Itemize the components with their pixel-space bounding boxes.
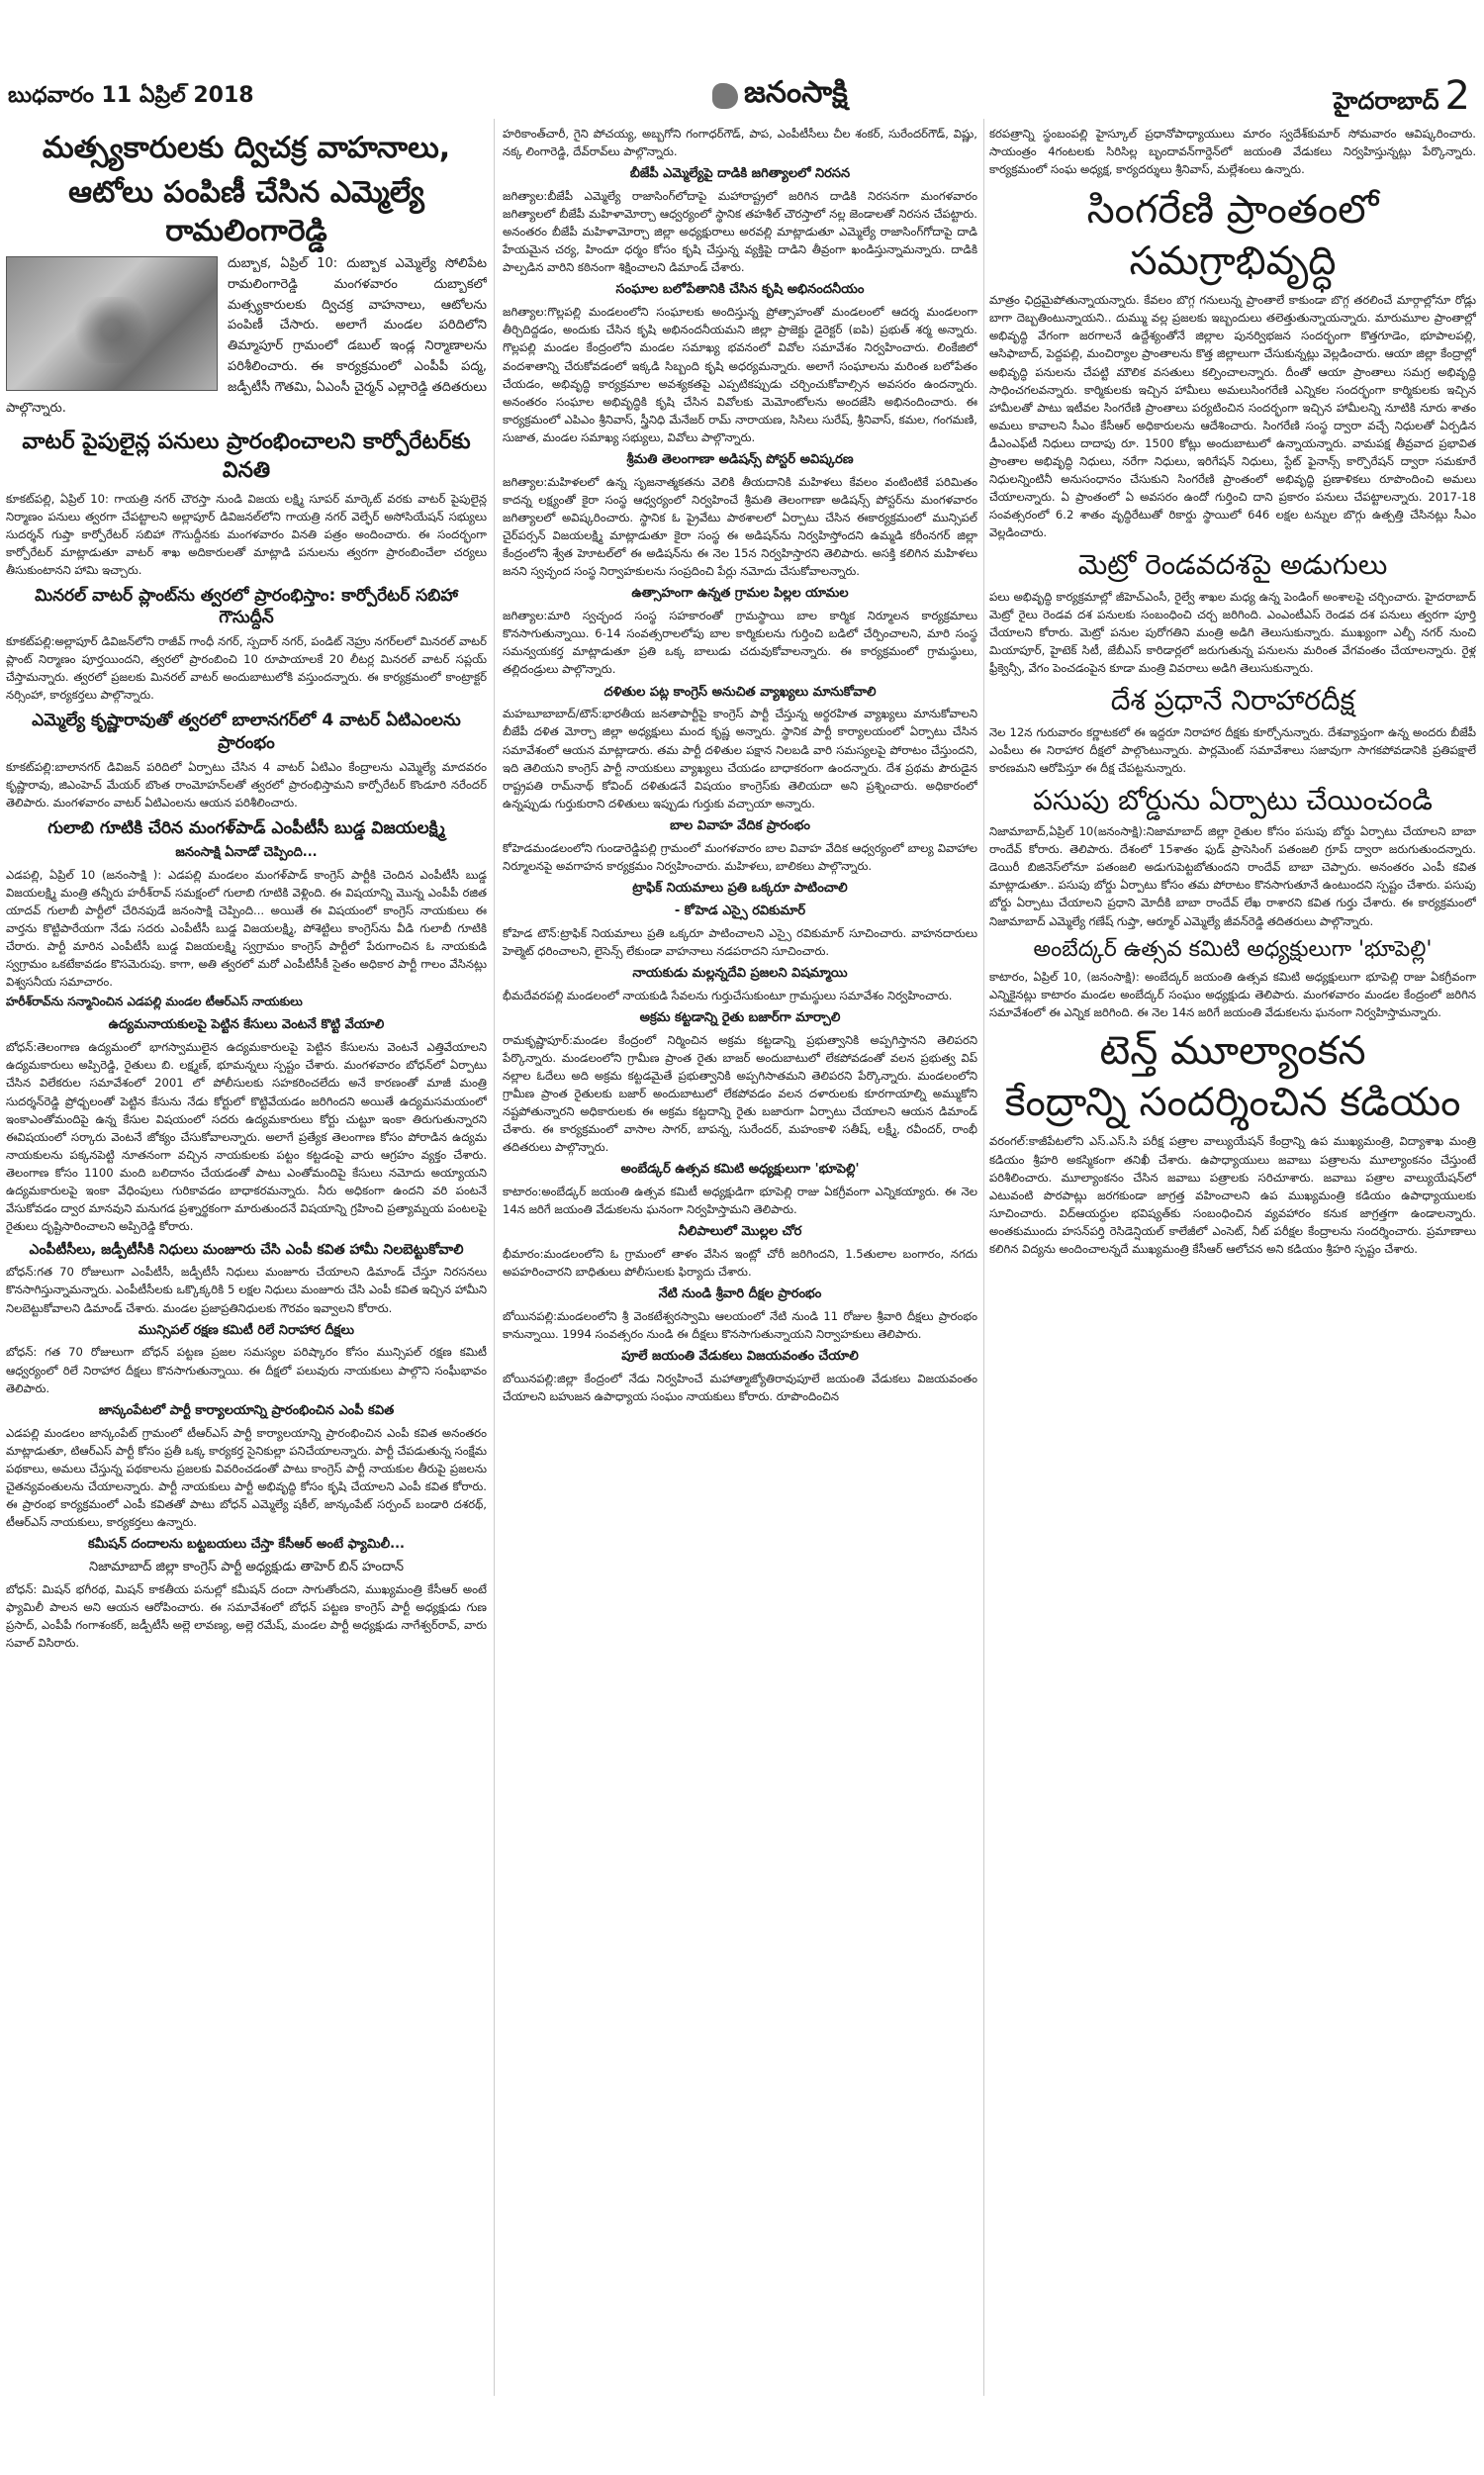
article-body: కాటారం:అంబేడ్కర్ జయంతి ఉత్సవ కమిటీ అధ్యక…: [503, 1183, 977, 1218]
article-body: కోహెడ టౌన్:ట్రాఫిక్ నియమాలు ప్రతి ఒక్కరూ…: [503, 924, 977, 960]
headline: కేంద్రాన్ని సందర్శించిన కడియం: [989, 1077, 1476, 1128]
article-body: రామకృష్ణాపూర్:మండల కేంద్రంలో నిర్మించిన …: [503, 1031, 977, 1157]
headline: సంఘాల బలోపేతానికి చేసిన కృషి అభినందనీయం: [503, 282, 977, 299]
headline: టెన్త్ మూల్యాంకన: [989, 1025, 1476, 1077]
headline: పూలే జయంతి వేడుకలు విజయవంతం చేయాలి: [503, 1349, 977, 1366]
headline: నాయకుడు మల్లన్నదేవి ప్రజలని విషమ్మాయి: [503, 966, 977, 983]
article-theft: నీలిపాలులో మొల్లల చోర భీమారం:మండలంలోని ఓ…: [503, 1224, 977, 1281]
article-hunger-strike: మున్సిపల్ రక్షణ కమిటీ రిలే నిరాహార దీక్ష…: [6, 1323, 487, 1397]
masthead: బుధవారం 11 ఏప్రిల్ 2018 జనంసాక్షి హైదరాబ…: [0, 69, 1484, 119]
article-bjp-protest: బీజేపీ ఎమ్మెల్యేపై దాడికి జగిత్యాలలో నిర…: [503, 166, 977, 276]
article-body: బోధన్: మిషన్ భగీరథ, మిషన్ కాకతీయ పనుల్లో…: [6, 1580, 487, 1652]
article-body: నిజామాబాద్,ఏప్రిల్ 10(జనంసాక్షి):నిజామాబ…: [989, 822, 1476, 929]
headline: బీజేపీ ఎమ్మెల్యేపై దాడికి జగిత్యాలలో నిర…: [503, 166, 977, 183]
article-srimathi-telangana: శ్రీమతి తెలంగాణా అడిషన్స్ పోస్టర్ అవిష్క…: [503, 452, 977, 580]
headline: పసుపు బోర్డును ఏర్పాటు చేయించండి: [989, 783, 1476, 818]
headline: సింగరేణి ప్రాంతంలో సమగ్రాభివృద్ధి: [989, 184, 1476, 287]
kicker: జనంసాక్షి ఏనాడో చెప్పింది...: [6, 845, 487, 862]
article-ambedkar-committee: అంబేడ్కర్ ఉత్సవ కమిటి అధ్యక్షులుగా 'భూపె…: [503, 1162, 977, 1218]
article-water-atm: ఎమ్మెల్యే కృష్ణారావుతో త్వరలో బాలానగర్‌ల…: [6, 710, 487, 810]
article-water-pipeline: వాటర్ పైపులైన్ల పనులు ప్రారంభించాలని కార…: [6, 428, 487, 579]
headline: ఉద్యమనాయకులపై పెట్టిన కేసులు వెంటనే కొట్…: [6, 1017, 487, 1034]
article-pm-fast: దేశ ప్రధానే నిరాహారదీక్ష నెల 12న గురువార…: [989, 683, 1476, 777]
article-body: బోయినపల్లి:మండలంలోని శ్రీ వెంకటేశ్వరస్వా…: [503, 1307, 977, 1343]
article-deeksha: నేటి నుండి శ్రీవారి దీక్షల ప్రారంభం బోయి…: [503, 1286, 977, 1343]
article-mptc-joins: గులాబి గూటికి చేరిన మంగళ్‌పాడ్ ఎంపీటీసీ …: [6, 817, 487, 1012]
headline: ఆటోలు పంపిణీ చేసిన ఎమ్మెల్యే రామలింగారెడ…: [6, 173, 487, 250]
headline: ఎంపీటీసీలు, జడ్పీటీసీకి నిధులు మంజూరు చే…: [6, 1241, 487, 1259]
column-divider: [494, 119, 495, 2396]
article-mineral-water: మినరల్ వాటర్ ప్లాంట్‌ను త్వరలో ప్రారంభిస…: [6, 585, 487, 705]
news-photo: [6, 256, 218, 391]
article-body: కాటారం, ఏప్రిల్ 10, (జనంసాక్షి): అంబేద్క…: [989, 968, 1476, 1021]
article-body: జగిత్యాల:మారి స్వచ్ఛంద సంస్థ సహకారంతో గ్…: [503, 607, 977, 678]
article-body: బోధన్:తెలంగాణ ఉద్యమంలో భాగస్వాములైన ఉద్య…: [6, 1038, 487, 1235]
article-party-office: జాన్కంపేటలో పార్టీ కార్యాలయాన్ని ప్రారంభ…: [6, 1403, 487, 1531]
column-1: మత్స్యకారులకు ద్విచక్ర వాహనాలు, ఆటోలు పం…: [6, 119, 487, 2396]
issue-date: బుధవారం 11 ఏప్రిల్ 2018: [8, 83, 254, 113]
headline: నీలిపాలులో మొల్లల చోర: [503, 1224, 977, 1241]
article-commission: కమీషన్ దందాలను బట్టబయలు చేస్తా కేసీఆర్ అ…: [6, 1537, 487, 1652]
headline: మినరల్ వాటర్ ప్లాంట్‌ను త్వరలో ప్రారంభిస…: [6, 585, 487, 628]
article-body: మహబూబాబాద్/టౌన్:భారతీయ జనతాపార్టీపై కాంగ…: [503, 705, 977, 811]
kicker: నిజామాబాద్ జిల్లా కాంగ్రెస్ పార్టీ అధ్యక…: [6, 1560, 487, 1576]
article-body: కూకట్‌పల్లి, ఏప్రిల్ 10: గాయత్రి నగర్ చౌ…: [6, 490, 487, 579]
headline: మత్స్యకారులకు ద్విచక్ర వాహనాలు,: [6, 129, 487, 167]
headline: ట్రాఫిక్ నియమాలు ప్రతి ఒక్కరూ పాటించాలి: [503, 881, 977, 898]
article-rythu-bazar: అక్రమ కట్టడాన్ని రైతు బజార్‌గా మార్చాలి …: [503, 1010, 977, 1156]
brand-name: జనంసాక్షి: [744, 75, 848, 117]
article-singareni: సింగరేణి ప్రాంతంలో సమగ్రాభివృద్ధి మాత్రం…: [989, 184, 1476, 541]
city-name: హైదరాబాద్: [1334, 87, 1439, 115]
article-body: బోయినపల్లి:జిల్లా కేంద్రంలో నేడు నిర్వహి…: [503, 1370, 977, 1405]
article-body: ఎడపల్లి మండలం జాన్కంపేట్ గ్రామంలో టీఆర్ఎ…: [6, 1424, 487, 1531]
article-turmeric-board: పసుపు బోర్డును ఏర్పాటు చేయించండి నిజామాబ…: [989, 783, 1476, 930]
headline: జాన్కంపేటలో పార్టీ కార్యాలయాన్ని ప్రారంభ…: [6, 1403, 487, 1420]
edition-city: హైదరాబాద్2: [1334, 73, 1470, 121]
article-body: మాత్రం ఛిద్రమైపోతున్నాయన్నారు. కేవలం బొగ…: [989, 291, 1476, 541]
article-mptc-funds: ఎంపీటీసీలు, జడ్పీటీసీకి నిధులు మంజూరు చే…: [6, 1241, 487, 1316]
article-ambedkar-bhupelli: అంబేద్కర్ ఉత్సవ కమిటి అధ్యక్షులుగా 'భూపె…: [989, 936, 1476, 1022]
subheading: హరీశ్‌రావ్‌ను సన్మానించిన ఎడపల్లి మండల ట…: [6, 995, 487, 1011]
article-body: నెల 12న గురువారం కర్ణాటకలో ఈ ఇద్దరూ నిరా…: [989, 723, 1476, 777]
kicker: - కోహెడ ఎస్సై రవికుమార్: [503, 904, 977, 920]
article-traffic: ట్రాఫిక్ నియమాలు ప్రతి ఒక్కరూ పాటించాలి …: [503, 881, 977, 960]
headline: వాటర్ పైపులైన్ల పనులు ప్రారంభించాలని కార…: [6, 428, 487, 485]
article-body: పలు అభివృద్ధి కార్యక్రమాల్లో జీహెచ్ఎంసీ,…: [989, 588, 1476, 677]
article-sanghas: సంఘాల బలోపేతానికి చేసిన కృషి అభినందనీయం …: [503, 282, 977, 446]
article-body: బోధన్:గత 70 రోజులుగా ఎంపీటీసీ, జడ్పీటీసీ…: [6, 1263, 487, 1316]
article-body: హరికాంత్‌చారీ, గైని పోచయ్య, అబ్బగోని గంగ…: [503, 125, 977, 160]
article-tenth-valuation: టెన్త్ మూల్యాంకన కేంద్రాన్ని సందర్శించిన…: [989, 1025, 1476, 1258]
article-leader: నాయకుడు మల్లన్నదేవి ప్రజలని విషమ్మాయి భీ…: [503, 966, 977, 1004]
headline: ఎమ్మెల్యే కృష్ణారావుతో త్వరలో బాలానగర్‌ల…: [6, 710, 487, 753]
article-body: జగిత్యాల:బీజేపీ ఎమ్మెల్యే రాజాసింగ్‌లోదా…: [503, 187, 977, 276]
headline: కమీషన్ దందాలను బట్టబయలు చేస్తా కేసీఆర్ అ…: [6, 1537, 487, 1554]
article-body: కోహెడమండలంలోని గుండారెడ్డిపల్లి గ్రామంలో…: [503, 839, 977, 875]
headline: గులాబి గూటికి చేరిన మంగళ్‌పాడ్ ఎంపీటీసీ …: [6, 817, 487, 839]
article-body: జగిత్యాల:మహిళలలో ఉన్న సృజనాత్మకతను వెలిక…: [503, 473, 977, 580]
article-body: భీమదేవరపల్లి మండలంలో నాయకుడి సేవలను గుర్…: [503, 987, 977, 1004]
column-divider: [983, 119, 984, 2396]
page-number: 2: [1445, 73, 1470, 119]
telangana-map-logo-icon: [712, 83, 738, 109]
article-body: జగిత్యాల:గొల్లపల్లి మండలంలోని సంఘాలకు అం…: [503, 303, 977, 446]
article-body: కూకట్‌పల్లి:అల్లాపూర్ డివిజన్‌లోని రాజీవ…: [6, 632, 487, 704]
article-body: కూకట్‌పల్లి:బాలానగర్ డివిజన్ పరిదిలో ఏర్…: [6, 758, 487, 811]
article-fishermen-vehicles: మత్స్యకారులకు ద్విచక్ర వాహనాలు, ఆటోలు పం…: [6, 129, 487, 423]
headline: ఉత్సాహంగా ఉన్నత గ్రామల పిల్లల యామల: [503, 586, 977, 603]
headline: బాల వివాహ వేదిక ప్రారంభం: [503, 818, 977, 835]
headline: మున్సిపల్ రక్షణ కమిటీ రిలే నిరాహార దీక్ష…: [6, 1323, 487, 1340]
headline: అంబేద్కర్ ఉత్సవ కమిటి అధ్యక్షులుగా 'భూపె…: [989, 936, 1476, 965]
article-metro: మెట్రో రెండవదశపై అడుగులు పలు అభివృద్ధి క…: [989, 547, 1476, 677]
article-phule-jayanti: పూలే జయంతి వేడుకలు విజయవంతం చేయాలి బోయిన…: [503, 1349, 977, 1405]
article-child-marriage: బాల వివాహ వేదిక ప్రారంభం కోహెడమండలంలోని …: [503, 818, 977, 875]
headline: శ్రీమతి తెలంగాణా అడిషన్స్ పోస్టర్ అవిష్క…: [503, 452, 977, 469]
headline: అక్రమ కట్టడాన్ని రైతు బజార్‌గా మార్చాలి: [503, 1010, 977, 1027]
article-body: ఎడపల్లి, ఏప్రిల్ 10 (జనంసాక్షి ): ఎడపల్ల…: [6, 866, 487, 992]
headline: దళితుల పట్ల కాంగ్రెస్ అనుచిత వ్యాఖ్యలు మ…: [503, 685, 977, 702]
headline: మెట్రో రెండవదశపై అడుగులు: [989, 547, 1476, 583]
column-2: హరికాంత్‌చారీ, గైని పోచయ్య, అబ్బగోని గంగ…: [503, 119, 977, 2396]
article-body: భీమారం:మండలంలోని ఓ గ్రామంలో తాళం వేసిన ఇ…: [503, 1245, 977, 1281]
article-activists-cases: ఉద్యమనాయకులపై పెట్టిన కేసులు వెంటనే కొట్…: [6, 1017, 487, 1235]
article-child-labour: ఉత్సాహంగా ఉన్నత గ్రామల పిల్లల యామల జగిత్…: [503, 586, 977, 678]
column-3: కరపత్రాన్ని స్థంబంపల్లి హైస్కూల్ ప్రధానో…: [989, 119, 1476, 2396]
article-body: కరపత్రాన్ని స్థంబంపల్లి హైస్కూల్ ప్రధానో…: [989, 125, 1476, 178]
newspaper-brand: జనంసాక్షి: [712, 75, 848, 117]
headline: నేటి నుండి శ్రీవారి దీక్షల ప్రారంభం: [503, 1286, 977, 1303]
article-dalits: దళితుల పట్ల కాంగ్రెస్ అనుచిత వ్యాఖ్యలు మ…: [503, 685, 977, 812]
headline: దేశ ప్రధానే నిరాహారదీక్ష: [989, 683, 1476, 718]
article-body: వరంగల్:కాజీపేటలోని ఎస్.ఎస్.సి పరీక్ష పత్…: [989, 1132, 1476, 1258]
article-body: బోధన్: గత 70 రోజులుగా బోధన్ పట్టణ ప్రజల …: [6, 1343, 487, 1396]
headline: అంబేడ్కర్ ఉత్సవ కమిటి అధ్యక్షులుగా 'భూపె…: [503, 1162, 977, 1179]
